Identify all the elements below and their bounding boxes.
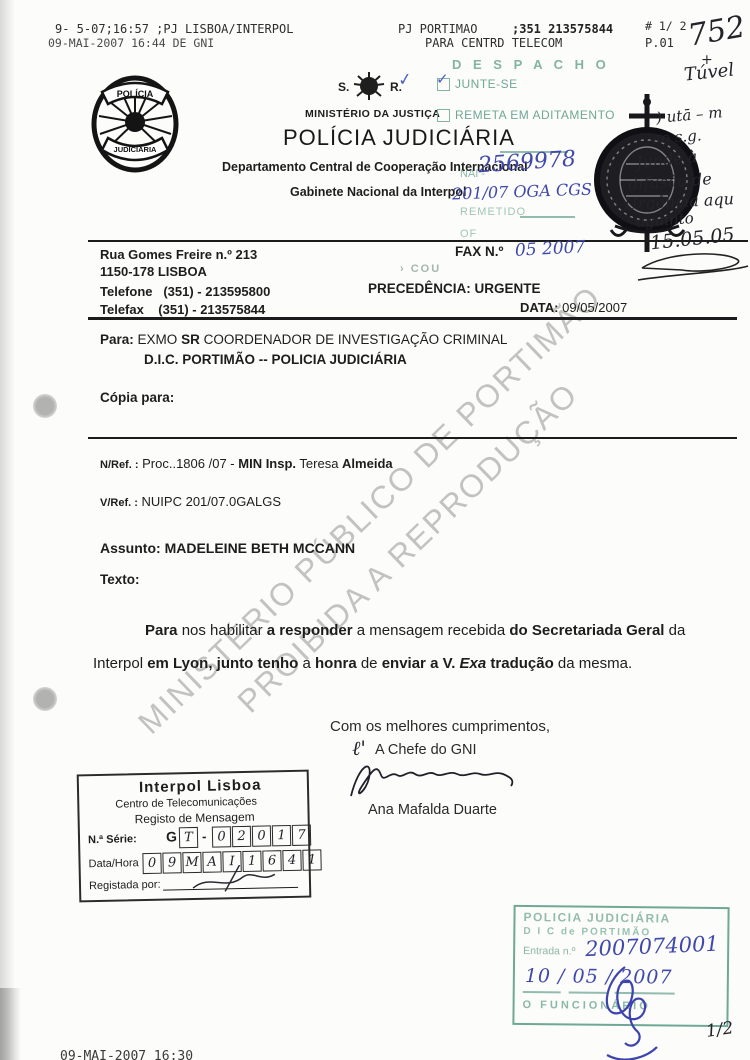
margin-flourish <box>636 250 750 286</box>
precedencia-label: PRECEDÊNCIA: <box>368 281 471 296</box>
despacho-of-label: OF <box>460 228 477 240</box>
check-icon: ✓ <box>397 69 414 91</box>
fax-page-indicator: # 1/ 2 <box>645 19 687 33</box>
fax-dest-number: ;351 213575844 <box>512 22 613 36</box>
date-label: DATA: <box>520 300 559 315</box>
margin-note: Túvel <box>683 59 735 85</box>
serie-cell: 2 <box>232 826 251 847</box>
scan-edge-bottom-left <box>0 988 21 1060</box>
footer-timestamp: 09-MAI-2007 16:30 <box>60 1049 193 1060</box>
nai-number-handwritten: 2569978 <box>477 147 576 179</box>
phone-value: (351) - 213595800 <box>163 284 270 299</box>
precedencia-value: URGENTE <box>475 281 541 296</box>
registered-signature <box>191 864 282 896</box>
fax-dest-name: PJ PORTIMAO <box>398 22 477 36</box>
handwritten-752: 752 <box>685 9 747 53</box>
serie-prefix: G <box>166 828 177 844</box>
serie-cell: 1 <box>272 825 291 846</box>
serie-first-cell: T <box>179 827 199 848</box>
vref-line: V/Ref. : NUIPC 201/07.0GALGS <box>100 494 281 509</box>
pj-badge: POLÍCIA JUDICIÁRIA <box>88 70 183 178</box>
nref-value: Proc..1806 /07 - MIN Insp. Teresa Almeid… <box>142 456 393 471</box>
fax-recv-line: 09-MAI-2007 16:44 DE GNI <box>48 36 214 50</box>
fax-no-handwritten: 05 2007 <box>515 237 586 261</box>
copy-label: Cópia para: <box>100 390 174 405</box>
letterhead-s: S. <box>338 80 349 94</box>
serie-cell: 0 <box>252 825 271 846</box>
despacho-option-junte: JUNTE-SE <box>455 77 518 91</box>
serie-cell: 0 <box>212 826 231 847</box>
body-line1: Para nos habilitar a responder a mensage… <box>145 622 685 639</box>
badge-top-text: POLÍCIA <box>117 89 154 99</box>
date-underline <box>523 991 561 993</box>
datetime-cell: 4 <box>282 850 301 871</box>
check-icon: ✓ <box>436 70 449 88</box>
vref-label: V/Ref. : <box>100 497 138 509</box>
address-city: 1150-178 LISBOA <box>100 264 207 279</box>
texto-label: Texto: <box>100 572 140 587</box>
address-phone: Telefone (351) - 213595800 <box>100 284 270 299</box>
fax-label: Telefax <box>100 302 144 317</box>
fax-value: (351) - 213575844 <box>158 302 265 317</box>
datetime-label: Data/Hora <box>88 857 138 870</box>
signature <box>345 756 525 804</box>
margin-note: ao s.g. <box>651 126 702 147</box>
datetime-cell: 1 <box>302 849 321 870</box>
despacho-stamp-title: D E S P A C H O <box>452 57 610 72</box>
serie-label: N.ª Série: <box>88 833 137 846</box>
serie-cells: 02017 <box>212 825 312 848</box>
despacho-checkbox-remeta <box>437 109 450 122</box>
salutation: Com os melhores cumprimentos, <box>330 718 550 735</box>
datetime-cell: 9 <box>162 852 181 873</box>
divider <box>88 240 748 242</box>
subject-value: MADELEINE BETH MCCANN <box>165 540 356 556</box>
fax-dest-line2: PARA CENTRD TELECOM <box>425 36 562 50</box>
despacho-remetido-label: REMETIDO <box>460 206 526 218</box>
ministry-title: MINISTÉRIO DA JUSTIÇA <box>305 108 440 120</box>
body-line2: Interpol em Lyon, junto tenho a honra de… <box>93 655 632 672</box>
scan-edge-left <box>0 0 15 1060</box>
fax-sent-line: 9- 5-07;16:57 ;PJ LISBOA/INTERPOL <box>55 22 293 36</box>
page-fraction-handwritten: 1/2 <box>705 1018 735 1042</box>
serie-cell: T <box>179 827 198 848</box>
registered-label: Registada por: <box>89 879 161 892</box>
phone-label: Telefone <box>100 284 153 299</box>
divider <box>88 437 737 439</box>
national-emblem-icon <box>352 70 386 102</box>
hole-punch-bottom <box>33 687 57 711</box>
official-signature <box>585 955 665 1060</box>
fax-page-number: P.01 <box>645 36 674 50</box>
para-line: Para: EXMO SR COORDENADOR DE INVESTIGAÇÃ… <box>100 332 507 347</box>
ref-handwritten: 201/07 OGA CGS <box>452 180 592 204</box>
serie-cell: 7 <box>292 825 311 846</box>
registry-line3: Registo de Mensagem <box>134 810 254 827</box>
scanned-fax-document: MINISTÉRIO PÚBLICO DE PORTIMÃO PROIBIDA … <box>0 0 750 1060</box>
vref-value: NUIPC 201/07.0GALGS <box>142 494 281 509</box>
registry-stamp-box: Interpol Lisboa Centro de Telecomunicaçõ… <box>77 770 312 903</box>
para-line2: D.I.C. PORTIMÃO -- POLICIA JUDICIÁRIA <box>144 352 407 367</box>
date-value: 09/05/2007 <box>562 300 627 315</box>
precedencia-line: PRECEDÊNCIA: URGENTE <box>368 281 541 296</box>
watermark-line1: MINISTÉRIO PÚBLICO DE PORTIMÃO <box>131 278 609 741</box>
office-line: Gabinete Nacional da Interpol <box>290 185 466 199</box>
subject-line: Assunto: MADELEINE BETH MCCANN <box>100 540 355 556</box>
para-label: Para: <box>100 332 134 347</box>
badge-bottom-text: JUDICIÁRIA <box>114 145 158 154</box>
address-street: Rua Gomes Freire n.º 213 <box>100 247 257 262</box>
stamp-blank-line <box>520 216 575 218</box>
nref-line: N/Ref. : Proc..1806 /07 - MIN Insp. Tere… <box>100 456 393 471</box>
subject-label: Assunto: <box>100 540 161 556</box>
registry-line2: Centro de Telecomunicações <box>115 796 257 811</box>
divider-thick <box>88 317 737 320</box>
entry-label: Entrada n.º <box>523 945 575 958</box>
entry-stamp-org: POLICIA JUDICIÁRIA <box>523 910 670 926</box>
registry-title: Interpol Lisboa <box>139 777 262 797</box>
datetime-cell: 0 <box>142 853 161 874</box>
date-line: DATA: 09/05/2007 <box>520 300 627 315</box>
hole-punch-top <box>33 394 57 418</box>
serie-dash: - <box>202 829 207 844</box>
organization-title: POLÍCIA JUDICIÁRIA <box>283 125 515 151</box>
nref-label: N/Ref. : <box>100 459 139 471</box>
fax-no-label: FAX N.º <box>455 244 503 259</box>
cou-mark: › COU <box>400 263 441 275</box>
address-fax: Telefax (351) - 213575844 <box>100 302 265 317</box>
para-value: EXMO SR COORDENADOR DE INVESTIGAÇÃO CRIM… <box>138 332 508 347</box>
signer-name: Ana Mafalda Duarte <box>368 802 497 818</box>
